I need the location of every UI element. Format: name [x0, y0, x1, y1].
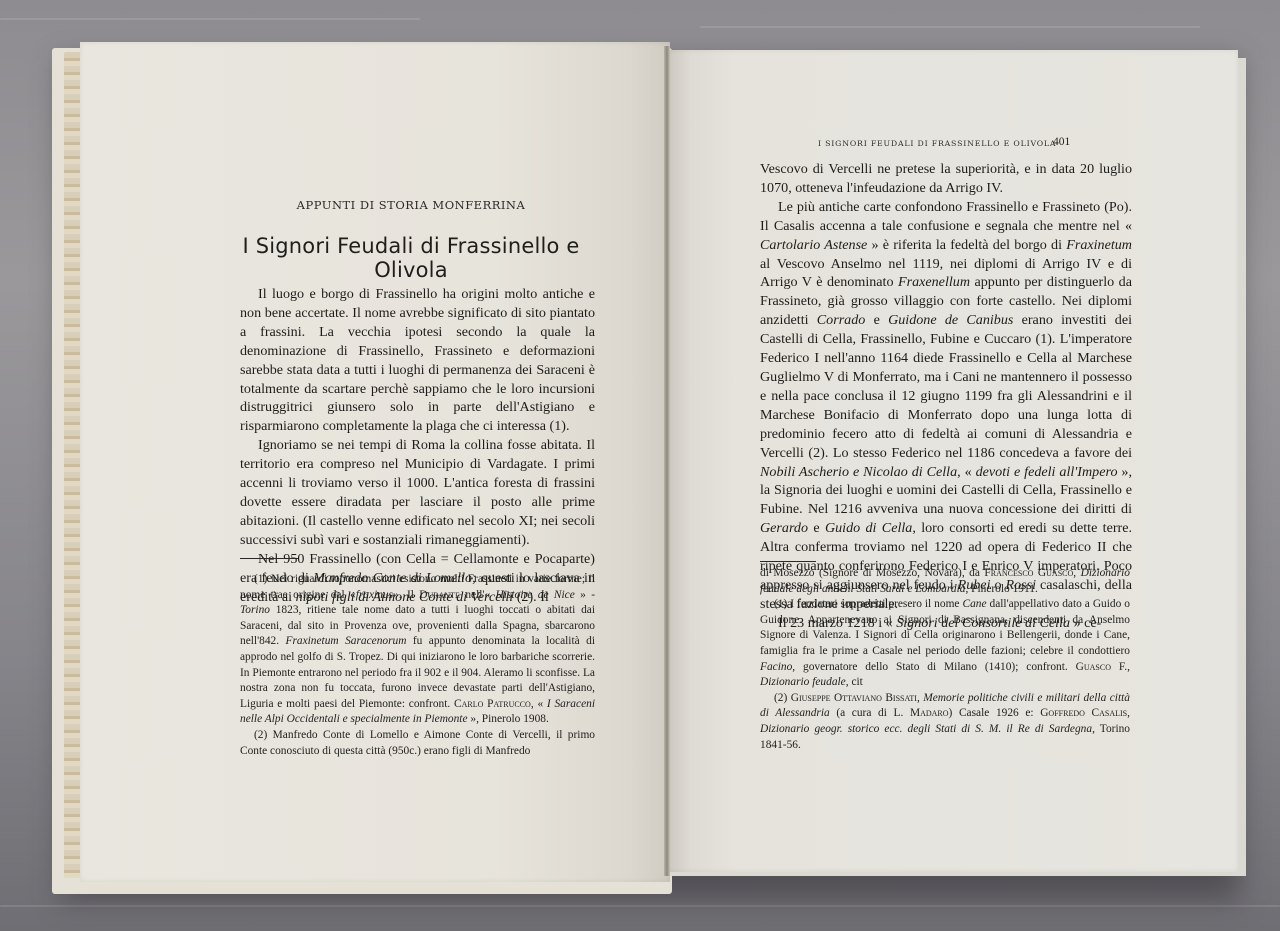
book-spine-gutter	[664, 46, 670, 876]
right-running-head: I SIGNORI FEUDALI DI FRASSINELLO E OLIVO…	[818, 139, 1118, 148]
footnote-rule	[760, 561, 816, 562]
table-grain	[700, 26, 1200, 28]
footnote-rule	[240, 558, 298, 559]
left-footnotes: (1) Nei riguardi toponomastici esistono …	[240, 572, 595, 759]
left-running-head: APPUNTI DI STORIA MONFERRINA	[213, 198, 609, 212]
right-footnotes: di Mosezzo (Signore di Mosezzo, Novara),…	[760, 566, 1130, 753]
paragraph: Il luogo e borgo di Frassinello ha origi…	[240, 285, 595, 436]
page-number: 401	[1053, 136, 1070, 148]
footnote-2: (2) Giuseppe Ottaviano Bissati, Memorie …	[760, 691, 1130, 753]
footnote-2: (2) Manfredo Conte di Lomello e Aimone C…	[240, 728, 595, 759]
table-grain	[0, 905, 1280, 907]
paragraph: Ignoriamo se nei tempi di Roma la collin…	[240, 436, 595, 549]
footnote-continuation: di Mosezzo (Signore di Mosezzo, Novara),…	[760, 566, 1130, 597]
paragraph: Vescovo di Vercelli ne pretese la superi…	[760, 160, 1132, 198]
chapter-title: I Signori Feudali di Frassinello e Olivo…	[213, 234, 609, 282]
table-grain	[0, 18, 420, 20]
footnote-1: (1) I feudatari sopradetti presero il no…	[760, 597, 1130, 691]
footnote-1: (1) Nei riguardi toponomastici esistono …	[240, 572, 595, 728]
paragraph: Le più antiche carte confondono Frassine…	[760, 198, 1132, 614]
